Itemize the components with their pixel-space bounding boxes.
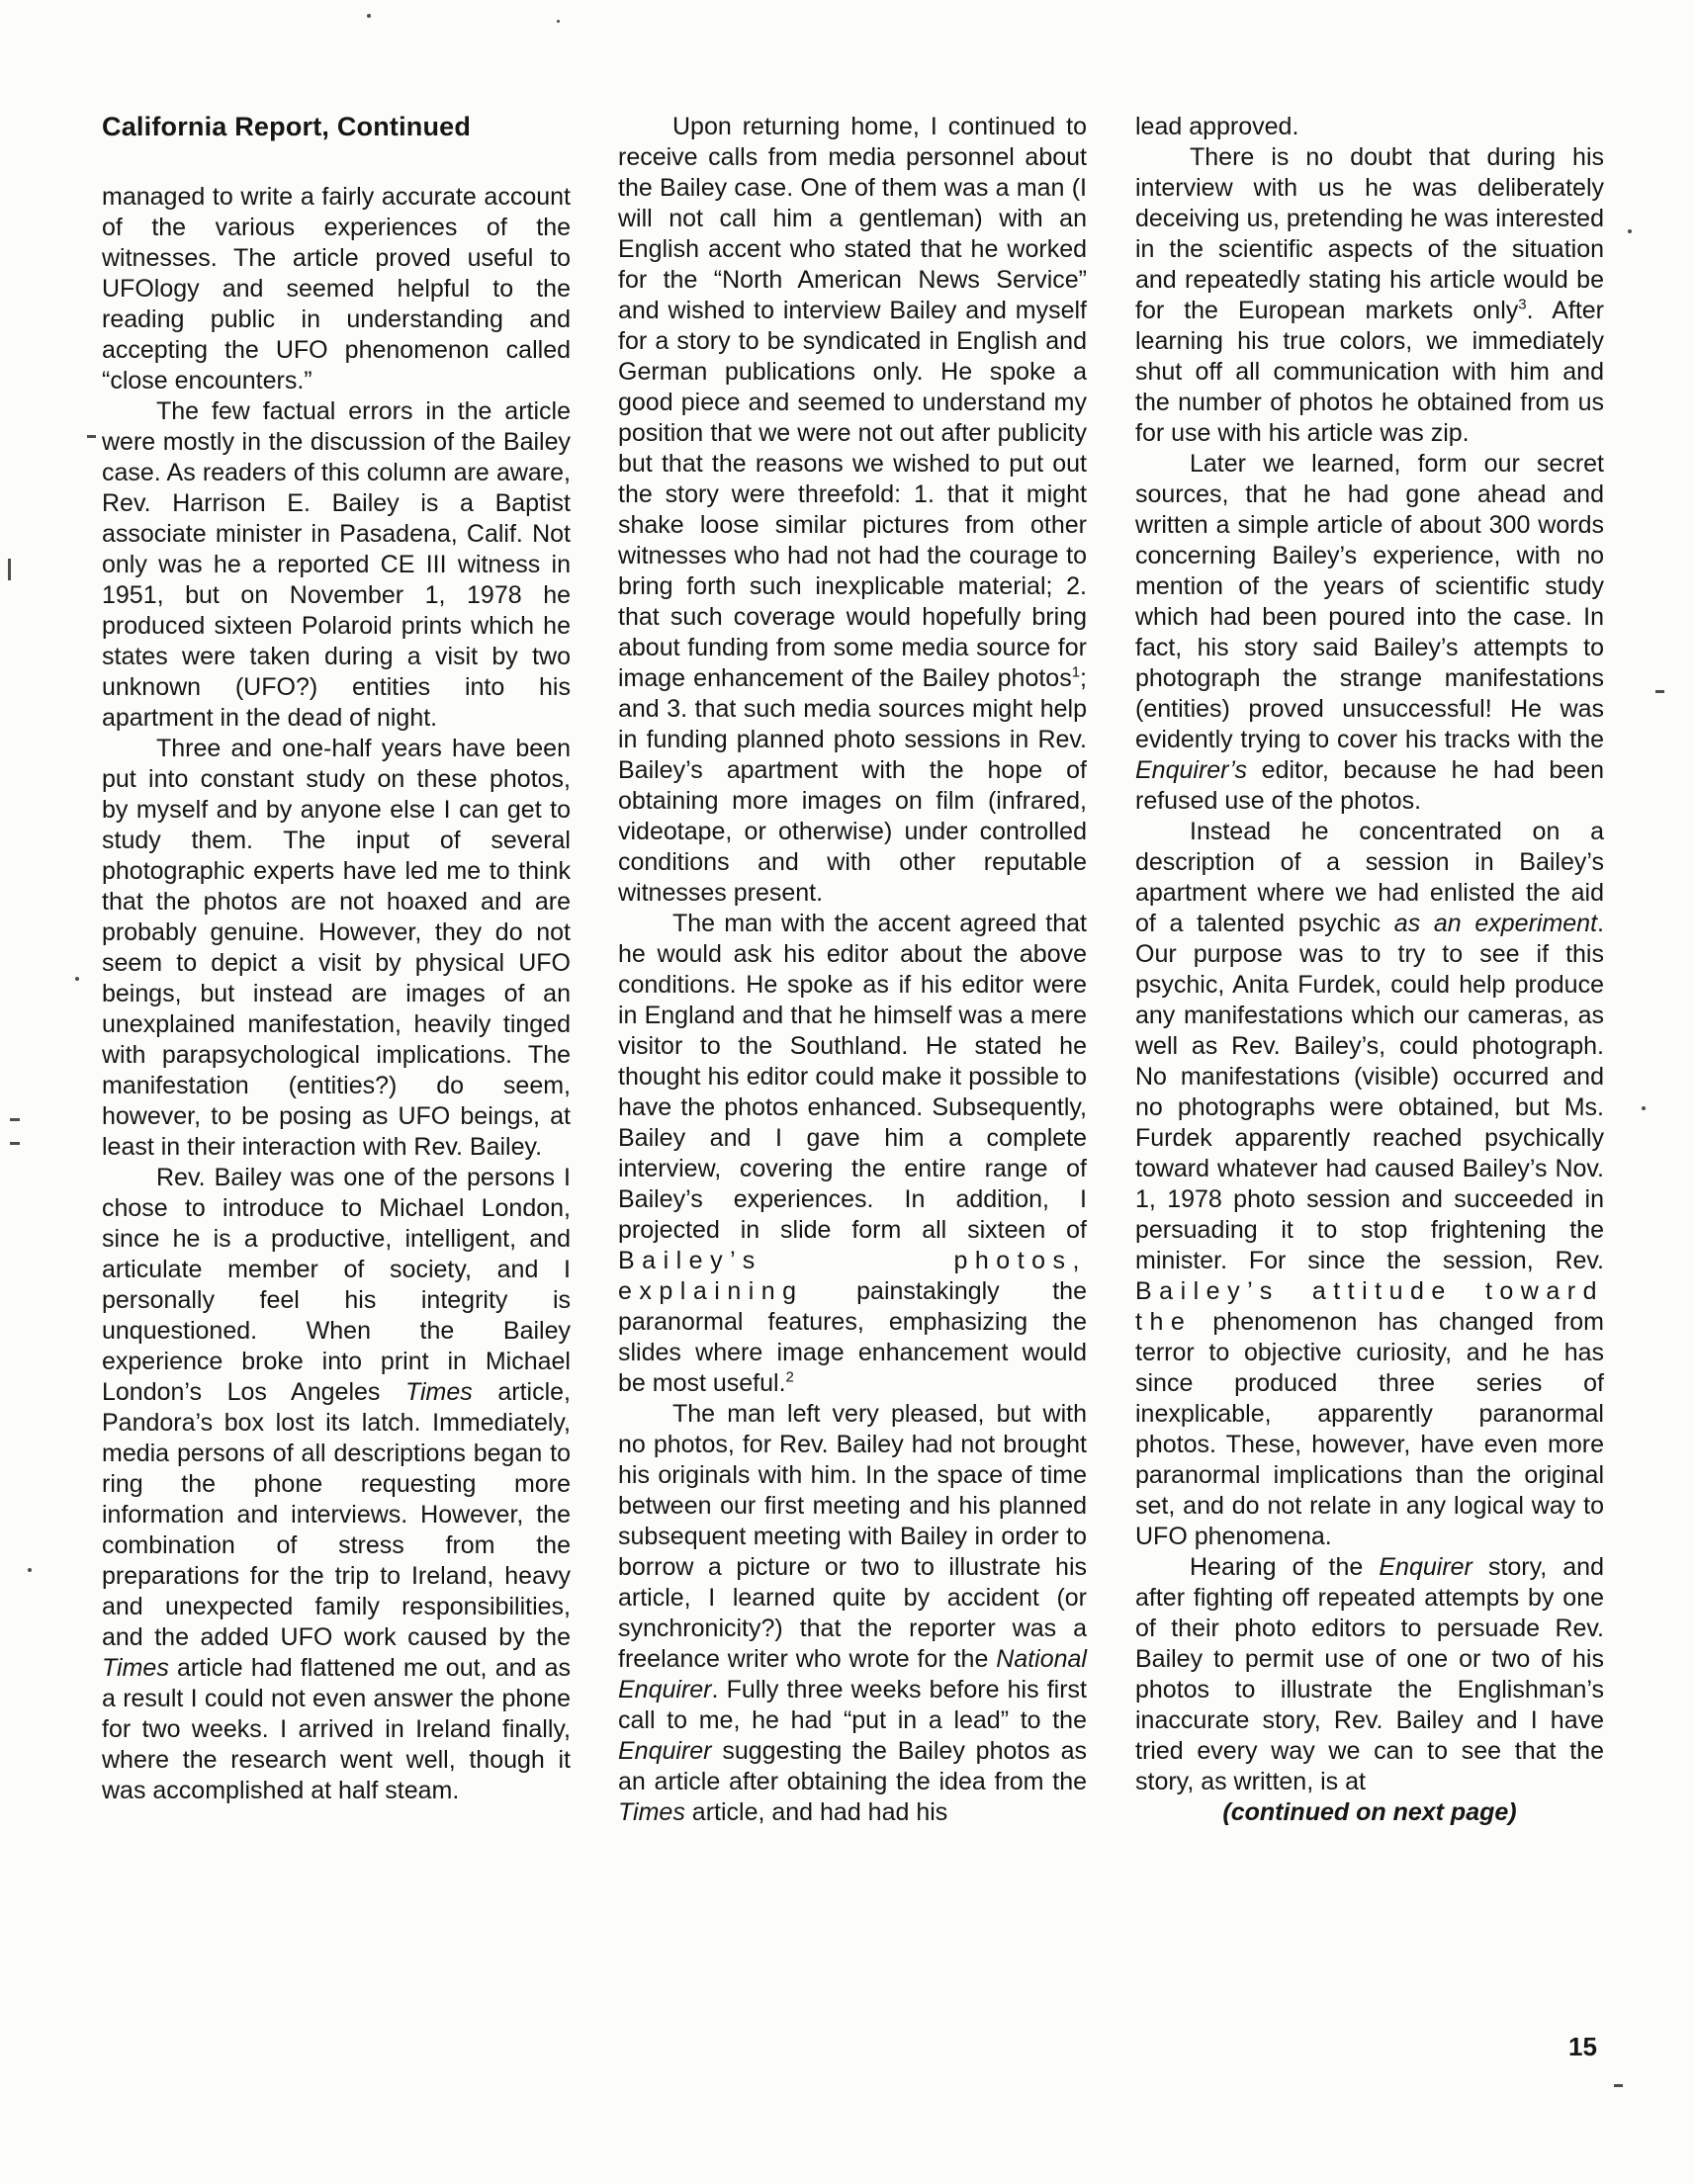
- column-right: lead approved.There is no doubt that dur…: [1135, 112, 1604, 1828]
- scan-speck: [28, 1568, 32, 1572]
- scan-speck: [87, 435, 96, 438]
- paragraph: The man left very pleased, but with no p…: [618, 1399, 1087, 1828]
- paragraph: The man with the accent agreed that he w…: [618, 909, 1087, 1399]
- paragraph: Later we learned, form our secret source…: [1135, 449, 1604, 817]
- scan-speck: [557, 20, 560, 23]
- scan-speck: [10, 1142, 20, 1145]
- paragraph: The few factual errors in the article we…: [102, 396, 571, 734]
- paragraph: There is no doubt that during his interv…: [1135, 142, 1604, 449]
- scan-speck: [1642, 1106, 1646, 1110]
- scan-speck: [367, 14, 371, 18]
- page-number: 15: [1568, 2032, 1597, 2062]
- paragraph: Instead he concentrated on a description…: [1135, 817, 1604, 1552]
- paragraph: (continued on next page): [1135, 1797, 1604, 1828]
- scanned-document-page: California Report, Continued managed to …: [0, 0, 1695, 2184]
- paragraph: managed to write a fairly accurate accou…: [102, 182, 571, 396]
- column-middle: Upon returning home, I continued to rece…: [618, 112, 1087, 1828]
- scan-speck: [1614, 2084, 1623, 2087]
- scan-speck: [8, 559, 11, 580]
- column-left: California Report, Continued managed to …: [102, 112, 571, 1806]
- paragraph: lead approved.: [1135, 112, 1604, 142]
- paragraph: Hearing of the Enquirer story, and after…: [1135, 1552, 1604, 1797]
- scan-speck: [10, 1118, 20, 1121]
- column-left-text: managed to write a fairly accurate accou…: [102, 182, 571, 1806]
- paragraph: Three and one-half years have been put i…: [102, 734, 571, 1163]
- scan-speck: [1628, 229, 1632, 233]
- column-middle-text: Upon returning home, I continued to rece…: [618, 112, 1087, 1828]
- paragraph: Rev. Bailey was one of the persons I cho…: [102, 1163, 571, 1806]
- scan-speck: [1655, 690, 1664, 693]
- article-title: California Report, Continued: [102, 112, 571, 142]
- scan-speck: [75, 977, 79, 981]
- column-right-text: lead approved.There is no doubt that dur…: [1135, 112, 1604, 1828]
- paragraph: Upon returning home, I continued to rece…: [618, 112, 1087, 909]
